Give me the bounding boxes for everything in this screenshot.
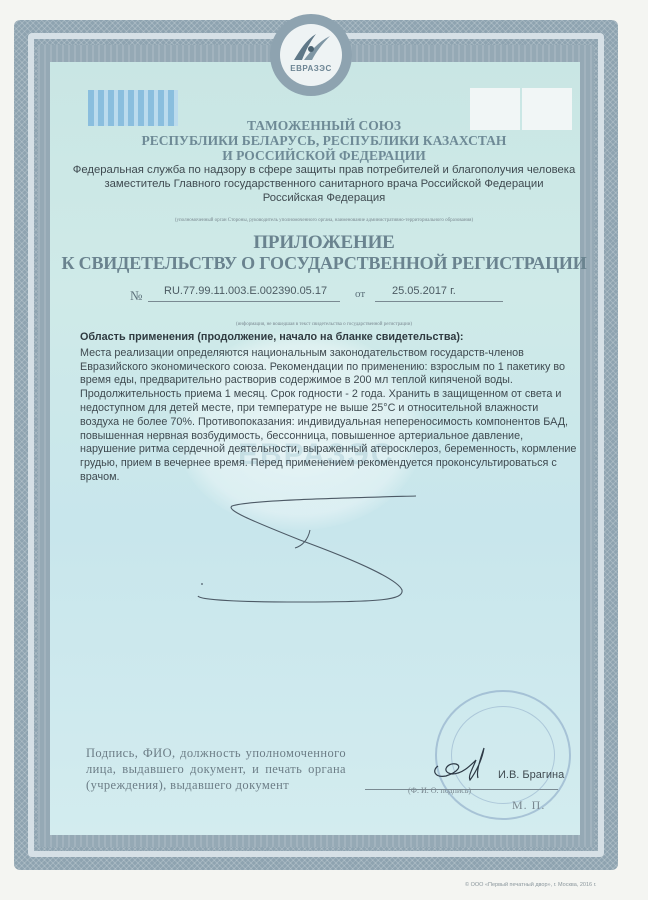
fio-caption: (Ф. И. О. подпись) [408, 786, 471, 795]
stamp-place-label: М. П. [512, 798, 545, 813]
printer-imprint: © ООО «Первый печатный двор», г. Москва,… [465, 882, 596, 888]
signer-name: И.В. Брагина [498, 769, 564, 781]
handwritten-signature [0, 0, 648, 900]
